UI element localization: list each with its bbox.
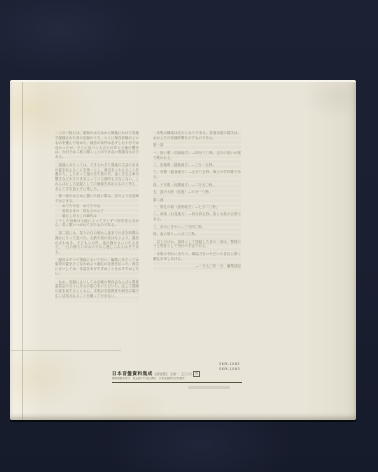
liner-paragraph: 四、子守歌（信濃地方）―二分五〇秒。 [153, 183, 241, 188]
liner-paragraph: 第二面には、祭りの日の朝から夜までの音を時間の流れにそって並べた。太鼓や笛の音は… [55, 231, 139, 255]
liner-paragraph: 本集の構成は左のとおりである。各項末尾の数字は、おおよその収録時間を示すものであ… [153, 131, 241, 141]
catalog-numbers: SKM-1062 SKM-1063 [196, 362, 240, 371]
photo-backdrop: この一枚には、昭和のはじめから戦後にかけて各地で採録された音の記録のうち、とくに… [0, 0, 378, 472]
liner-paragraph: 四、夜の祭り―八分三〇秒。 [153, 232, 241, 237]
spine-crease [22, 82, 23, 420]
liner-paragraph: 五、盆の太鼓（佐渡）―六分一〇秒。 [153, 190, 241, 195]
liner-paragraph: 第二面 [153, 198, 241, 203]
horizontal-crease [11, 350, 121, 351]
liner-paragraph: 本集の刊行にあたり、御協力をいただいた各位に厚く御礼を申しあげる。 [153, 252, 241, 262]
liner-paragraph: 二、神楽（石見地方）―四分四五秒。笛と太鼓の合奏である。 [153, 212, 241, 222]
liner-paragraph: 三、市のにぎわい―三分四〇秒。 [153, 225, 241, 230]
ink-smudge [188, 386, 230, 389]
liner-notes-left-column: この一枚には、昭和のはじめから戦後にかけて各地で採録された音の記録のうち、とくに… [55, 131, 139, 302]
liner-notes-right-column: 本集の構成は左のとおりである。各項末尾の数字は、おおよその収録時間を示すものであ… [153, 131, 241, 272]
liner-paragraph: なお、収録にさいしては各地の保存会ならびに教育委員会の方々に多大の協力をいただい… [55, 280, 139, 299]
publisher-bar: 日本音盤資料集成 文部省選定 定価一、五〇〇円 音 無断複製を禁ず 東京都千代田… [112, 371, 242, 383]
publisher-address: 無断複製を禁ず 東京都千代田区神田 日本音盤株式会社製作 [112, 377, 242, 381]
liner-paragraph: 録音はすべて現地において行い、編集にあたっては原音の姿をそこなわぬよう細心の注意… [55, 258, 139, 277]
liner-paragraph: この一枚には、昭和のはじめから戦後にかけて各地で採録された音の記録のうち、とくに… [55, 131, 139, 160]
liner-paragraph: 以上のほか、資料として採録した音の一部は、整理のうえ別巻として刊行の予定である。 [153, 240, 241, 250]
liner-paragraph: 採録にあたっては、できるかぎり現地の生活のままの姿を伝えることを第一とし、演出を… [55, 163, 139, 192]
liner-paragraph: 一、祭礼の朝（遠州地方）―七分二〇秒。 [153, 205, 241, 210]
record-back-cover: この一枚には、昭和のはじめから戦後にかけて各地で採録された音の記録のうち、とくに… [10, 80, 356, 420]
editor-signoff: ―一九七〇年一月 編集部記 [153, 264, 241, 269]
liner-paragraph: 三、舟歌（能登地方）―五分〇五秒。海上の労作歌である。 [153, 170, 241, 180]
liner-paragraph: 二、田植歌（越後地方）―三分一五秒。 [153, 163, 241, 168]
liner-paragraph: 第一面のはじめに置いた祝い歌は、次のような詞章ではじまる。 めでたやな めでたや… [55, 194, 139, 228]
liner-paragraph: 一、祝い歌（羽前地方）―四分三〇秒。正月の祝いの席で歌われる。 [153, 151, 241, 161]
publisher-note: 文部省選定 定価一、五〇〇円 [154, 372, 192, 376]
liner-paragraph: 第一面 [153, 143, 241, 148]
publisher-seal-icon: 音 [193, 371, 199, 376]
